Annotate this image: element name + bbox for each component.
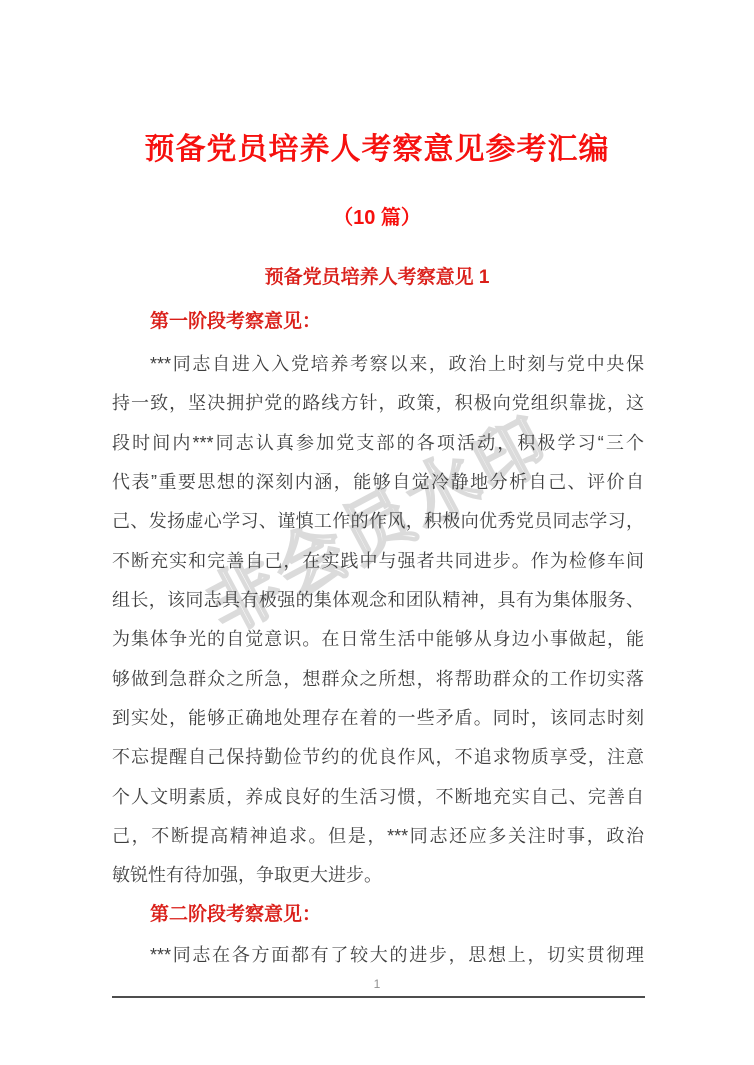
document-subtitle: （10 篇）: [0, 201, 754, 230]
body-line: 为集体争光的自觉意识。在日常生活中能够从身边小事做起，能: [112, 620, 644, 659]
body-line: ***同志自进入入党培养考察以来，政治上时刻与党中央保: [112, 345, 644, 384]
body-line: 敏锐性有待加强，争取更大进步。: [112, 856, 644, 895]
body-line: 己，不断提高精神追求。但是，***同志还应多关注时事，政治: [112, 817, 644, 856]
body-line: 组长，该同志具有极强的集体观念和团队精神，具有为集体服务、: [112, 581, 644, 620]
body-line: 不断充实和完善自己，在实践中与强者共同进步。作为检修车间: [112, 542, 644, 581]
stage1-paragraph: ***同志自进入入党培养考察以来，政治上时刻与党中央保 持一致，坚决拥护党的路线…: [112, 345, 644, 896]
document-page: 非会员水印 预备党员培养人考察意见参考汇编 （10 篇） 预备党员培养人考察意见…: [0, 0, 754, 1065]
body-line: ***同志在各方面都有了较大的进步，思想上，切实贯彻理: [112, 936, 644, 975]
stage1-heading: 第一阶段考察意见：: [150, 306, 321, 333]
body-line: 己、发扬虚心学习、谨慎工作的作风，积极向优秀党员同志学习，: [112, 502, 644, 541]
body-line: 够做到急群众之所急，想群众之所想，将帮助群众的工作切实落: [112, 660, 644, 699]
stage2-paragraph: ***同志在各方面都有了较大的进步，思想上，切实贯彻理: [112, 936, 644, 975]
body-line: 段时间内***同志认真参加党支部的各项活动，积极学习“三个: [112, 424, 644, 463]
body-line: 个人文明素质，养成良好的生活习惯，不断地充实自己、完善自: [112, 778, 644, 817]
page-number: 1: [0, 977, 754, 991]
body-line: 代表”重要思想的深刻内涵，能够自觉冷静地分析自己、评价自: [112, 463, 644, 502]
body-line: 持一致，坚决拥护党的路线方针，政策，积极向党组织靠拢，这: [112, 384, 644, 423]
stage2-heading: 第二阶段考察意见：: [150, 899, 321, 926]
document-title: 预备党员培养人考察意见参考汇编: [0, 124, 754, 168]
article-title: 预备党员培养人考察意见 1: [0, 262, 754, 289]
body-line: 到实处，能够正确地处理存在着的一些矛盾。同时，该同志时刻: [112, 699, 644, 738]
body-line: 不忘提醒自己保持勤俭节约的优良作风，不追求物质享受，注意: [112, 738, 644, 777]
footer-rule: [112, 996, 645, 998]
